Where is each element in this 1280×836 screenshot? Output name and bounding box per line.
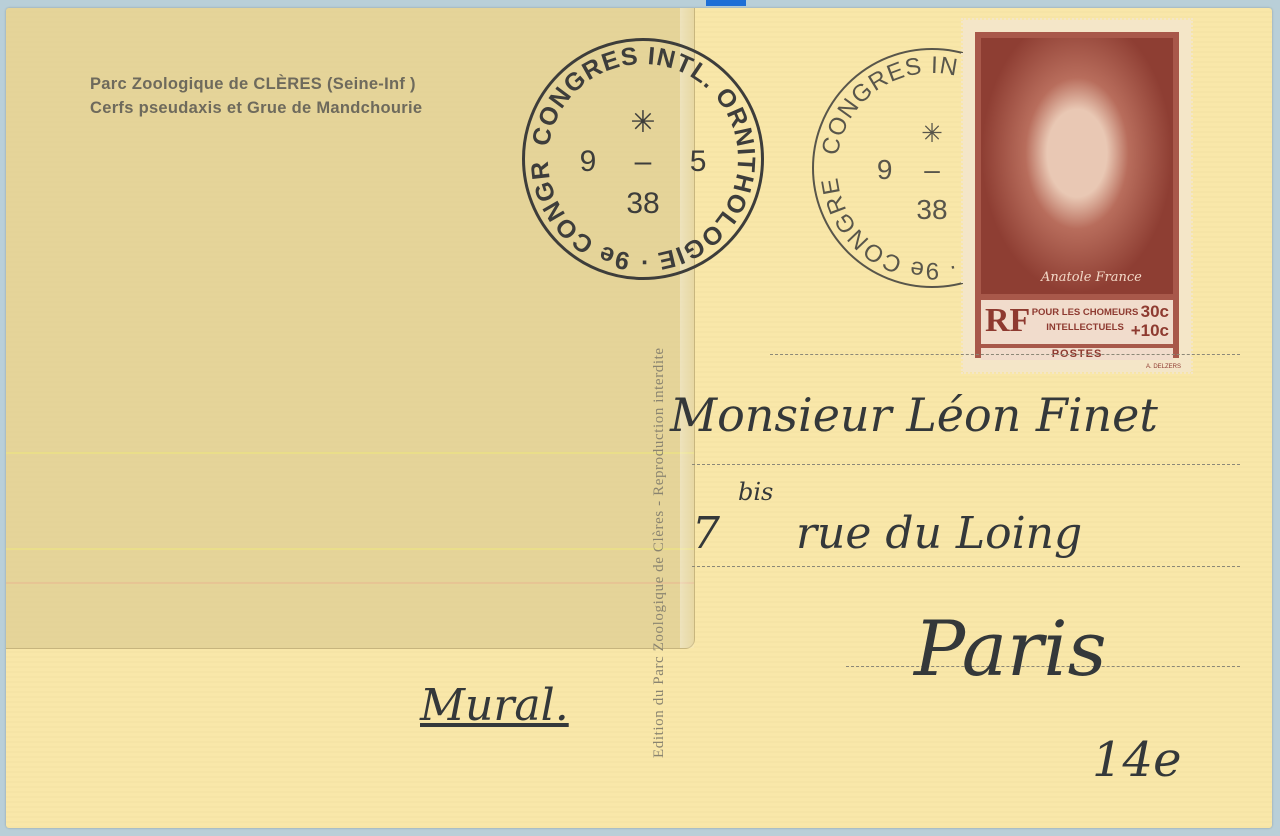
postmark-year: 38: [525, 187, 761, 221]
address-line: [692, 464, 1240, 465]
street-name: rue du Loing: [796, 508, 1082, 559]
stamp-engraver: A. DELZERS: [1146, 364, 1181, 370]
decorative-stripe: [6, 582, 694, 584]
district: 14e: [1092, 732, 1181, 788]
street-suffix: bis: [738, 478, 773, 506]
sender-signature: Mural.: [420, 680, 569, 731]
printed-caption: Parc Zoologique de CLÈRES (Seine-Inf ) C…: [90, 72, 422, 120]
decorative-stripe: [6, 452, 694, 454]
decorative-stripe: [6, 548, 694, 550]
stamp-cause: POUR LES CHOMEURS INTELLECTUELS: [1025, 305, 1145, 335]
caption-line-2: Cerfs pseudaxis et Grue de Mandchourie: [90, 96, 422, 120]
postmark-day: 9: [580, 145, 597, 178]
postage-stamp: Anatole France RF POUR LES CHOMEURS INTE…: [963, 20, 1191, 372]
stamp-value: 30c +10c: [1131, 302, 1169, 340]
postmark-left: CONGRES INTL. ORNITHOLOGIE · 9e CONGRES …: [522, 38, 764, 280]
stamp-signature: Anatole France: [1041, 270, 1142, 285]
postmark-month: 5: [690, 145, 707, 178]
scanner-marker: [706, 0, 746, 6]
stamp-label-panel: RF POUR LES CHOMEURS INTELLECTUELS 30c +…: [981, 300, 1173, 344]
street-number: 7: [692, 508, 720, 559]
stamp-frame: Anatole France RF POUR LES CHOMEURS INTE…: [975, 32, 1179, 358]
caption-line-1: Parc Zoologique de CLÈRES (Seine-Inf ): [90, 72, 422, 96]
address-line: [770, 354, 1240, 355]
star-icon: ✳: [525, 105, 761, 140]
postcard: Parc Zoologique de CLÈRES (Seine-Inf ) C…: [6, 8, 1272, 828]
postmark-day: 9: [877, 154, 893, 185]
postmark-date: 9 – 5: [525, 145, 761, 179]
city: Paris: [914, 604, 1107, 693]
stamp-portrait: Anatole France: [981, 38, 1173, 294]
edition-text: Edition du Parc Zoologique de Clères - R…: [651, 347, 668, 758]
stamp-monogram: RF: [985, 302, 1030, 340]
address-line: [692, 566, 1240, 567]
recipient-name: Monsieur Léon Finet: [670, 388, 1158, 442]
